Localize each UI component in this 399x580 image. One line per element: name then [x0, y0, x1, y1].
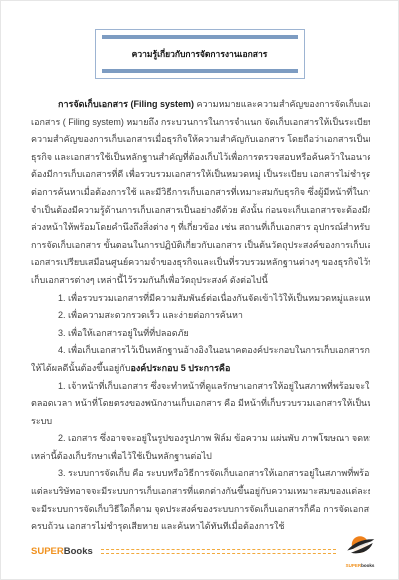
document-page: ความรู้เกี่ยวกับการจัดการงานเอกสาร การจั…	[1, 1, 398, 579]
body-line-text: 1. เจ้าหน้าที่เก็บเอกสาร ซึ่งจะทำหน้าที่…	[58, 381, 370, 391]
superbooks-logo-text: SUPERbooks	[346, 563, 375, 568]
body-line-text: ธุรกิจ และเอกสารใช้เป็นหลักฐานสำคัญที่ต้…	[31, 152, 370, 162]
body-line-text: ความสำคัญของการเก็บเอกสารเมื่อธุรกิจให้ค…	[31, 134, 370, 144]
body-line-text: จะมีระบบการจัดเก็บวิธีใดก็ตาม จุดประสงค์…	[31, 504, 370, 514]
body-line: ความสำคัญของการเก็บเอกสารเมื่อธุรกิจให้ค…	[31, 131, 370, 149]
body-line: 3. เพื่อให้เอกสารอยู่ในที่ที่ปลอดภัย	[31, 325, 370, 343]
body-line: 4. เพื่อเก็บเอกสารไว้เป็นหลักฐานอ้างอิงใ…	[31, 342, 370, 360]
body-line-text: เอกสาร ( Filing system) หมายถึง กระบวนกา…	[31, 117, 370, 127]
footer-divider	[101, 549, 336, 554]
footer-brand: SUPERBooks	[31, 546, 93, 557]
body-line-text: ตลอดเวลา หน้าที่โดยตรงของพนักงานเก็บเอกส…	[31, 398, 370, 408]
footer-brand-books: Books	[64, 546, 93, 557]
body-line-text: ต้องมีการเก็บเอกสารที่ดี เพื่อรวบรวมเอกส…	[31, 169, 370, 179]
body-line-text: เหล่านี้ต้องเก็บรักษาเพื่อไว้ใช้เป็นหลัก…	[31, 451, 212, 461]
body-line-text: 4. เพื่อเก็บเอกสารไว้เป็นหลักฐานอ้างอิงใ…	[58, 345, 370, 355]
logo-text-super: SUPER	[346, 563, 362, 568]
body-line: การจัดเก็บเอกสาร ขั้นตอนในการปฏิบัติเกี่…	[31, 237, 370, 255]
body-line: 1. เจ้าหน้าที่เก็บเอกสาร ซึ่งจะทำหน้าที่…	[31, 378, 370, 396]
body-line-bold-text: การจัดเก็บเอกสาร (Filing system)	[58, 99, 197, 109]
body-line: เก็บเอกสารต่างๆ เหล่านี้ไว้รวมกันก็เพื่อ…	[31, 272, 370, 290]
body-line: 2. เอกสาร ซึ่งอาจจะอยู่ในรูปของรูปภาพ ฟิ…	[31, 430, 370, 448]
footer-brand-super: SUPER	[31, 546, 64, 557]
body-line-text: 2. เอกสาร ซึ่งอาจจะอยู่ในรูปของรูปภาพ ฟิ…	[58, 433, 370, 443]
body-line-text: แต่ละบริษัทอาจจะมีระบบการเก็บเอกสารที่แต…	[31, 486, 370, 496]
page-title: ความรู้เกี่ยวกับการจัดการงานเอกสาร	[102, 39, 298, 69]
body-line: ต่อการค้นหาเมื่อต้องการใช้ และมีวิธีการเ…	[31, 184, 370, 202]
body-text: การจัดเก็บเอกสาร (Filing system) ความหมา…	[31, 96, 370, 536]
body-line: จำเป็นต้องมีความรู้ด้านการเก็บเอกสารเป็น…	[31, 202, 370, 220]
body-line: ตลอดเวลา หน้าที่โดยตรงของพนักงานเก็บเอกส…	[31, 395, 370, 413]
body-line-bold-text: องค์ประกอบ 5 ประการคือ	[130, 363, 230, 373]
body-line: เอกสาร ( Filing system) หมายถึง กระบวนกา…	[31, 114, 370, 132]
body-line-text: เอกสารเปรียบเสมือนศูนย์ความจำของธุรกิจแล…	[31, 257, 370, 267]
body-line: ล่วงหน้าให้พร้อมโดยคำนึงถึงสิ่งต่าง ๆ ที…	[31, 219, 370, 237]
body-line-text: ต่อการค้นหาเมื่อต้องการใช้ และมีวิธีการเ…	[31, 187, 370, 197]
body-line: การจัดเก็บเอกสาร (Filing system) ความหมา…	[31, 96, 370, 114]
body-line: ธุรกิจ และเอกสารใช้เป็นหลักฐานสำคัญที่ต้…	[31, 149, 370, 167]
title-bottom-bar	[102, 69, 298, 73]
body-line: เหล่านี้ต้องเก็บรักษาเพื่อไว้ใช้เป็นหลัก…	[31, 448, 370, 466]
title-box: ความรู้เกี่ยวกับการจัดการงานเอกสาร	[95, 29, 305, 79]
superbooks-logo: SUPERbooks	[342, 534, 378, 568]
body-line-text: ความหมายและความสำคัญของการจัดเก็บเอกสารก…	[197, 99, 370, 109]
body-line: จะมีระบบการจัดเก็บวิธีใดก็ตาม จุดประสงค์…	[31, 501, 370, 519]
body-line-text: 3. เพื่อให้เอกสารอยู่ในที่ที่ปลอดภัย	[58, 328, 189, 338]
body-line: 1. เพื่อรวบรวมเอกสารที่มีความสัมพันธ์ต่อ…	[31, 290, 370, 308]
body-line: ระบบ	[31, 413, 370, 431]
body-line-text: ล่วงหน้าให้พร้อมโดยคำนึงถึงสิ่งต่าง ๆ ที…	[31, 222, 370, 232]
body-line: แต่ละบริษัทอาจจะมีระบบการเก็บเอกสารที่แต…	[31, 483, 370, 501]
body-line-text: จำเป็นต้องมีความรู้ด้านการเก็บเอกสารเป็น…	[31, 205, 370, 215]
body-line-text: การจัดเก็บเอกสาร ขั้นตอนในการปฏิบัติเกี่…	[31, 240, 370, 250]
body-line-text: 2. เพื่อความสะดวกรวดเร็ว และง่ายต่อการค้…	[58, 310, 243, 320]
body-line: ให้ได้ผลดีนั้นต้องขึ้นอยู่กับองค์ประกอบ …	[31, 360, 370, 378]
body-line: ต้องมีการเก็บเอกสารที่ดี เพื่อรวบรวมเอกส…	[31, 166, 370, 184]
body-line-text: ให้ได้ผลดีนั้นต้องขึ้นอยู่กับ	[31, 363, 130, 373]
body-line: 3. ระบบการจัดเก็บ คือ ระบบหรือวิธีการจัด…	[31, 465, 370, 483]
superbooks-logo-icon	[345, 534, 375, 563]
body-line: 2. เพื่อความสะดวกรวดเร็ว และง่ายต่อการค้…	[31, 307, 370, 325]
body-line-text: ครบถ้วน เอกสารไม่ชำรุดเสียหาย และค้นหาได…	[31, 521, 285, 531]
body-line-text: 3. ระบบการจัดเก็บ คือ ระบบหรือวิธีการจัด…	[58, 468, 370, 478]
body-line-text: เก็บเอกสารต่างๆ เหล่านี้ไว้รวมกันก็เพื่อ…	[31, 275, 268, 285]
footer: SUPERBooks SUPERbooks	[31, 531, 378, 571]
logo-text-books: books	[361, 563, 374, 568]
body-line: เอกสารเปรียบเสมือนศูนย์ความจำของธุรกิจแล…	[31, 254, 370, 272]
body-line-text: 1. เพื่อรวบรวมเอกสารที่มีความสัมพันธ์ต่อ…	[58, 293, 370, 303]
body-line-text: ระบบ	[31, 416, 52, 426]
